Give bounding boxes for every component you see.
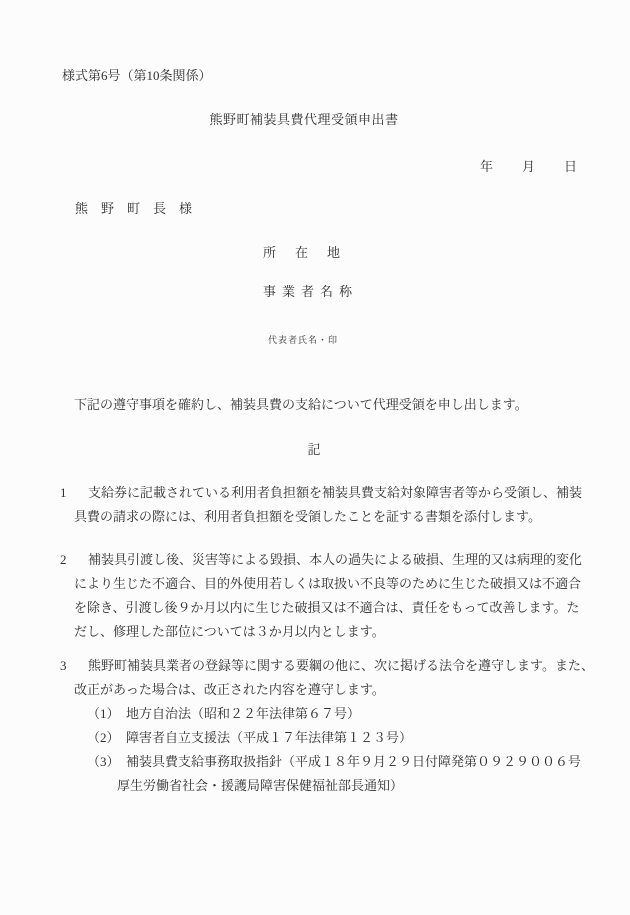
clause-3-number: 3 <box>60 654 67 678</box>
clause-item-1: 1 支給券に記載されている利用者負担額を補装具費支給対象障害者等から受領し、補装… <box>60 481 578 529</box>
clause-3-subitem-1: （1） 地方自治法（昭和２２年法律第６７号） <box>87 702 578 726</box>
clause-3-body: 熊野町補装具業者の登録等に関する要綱の他に、次に掲げる法令を遵守します。また、 … <box>74 654 578 798</box>
clause-2-line-4: だし、修理した部位については３か月以内とします。 <box>74 620 578 644</box>
clause-2-line-3: を除き、引渡し後９か月以内に生じた破損又は不適合は、責任をもって改善します。た <box>74 596 578 620</box>
clause-1-number: 1 <box>60 481 67 505</box>
clause-3-subitem-3: （3） 補装具費支給事務取扱指針（平成１８年９月２９日付障発第０９２９００６号 <box>87 750 578 774</box>
declaration-text: 下記の遵守事項を確約し、補装具費の支給について代理受領を申し出します。 <box>74 393 578 417</box>
clause-1-line-1: 支給券に記載されている利用者負担額を補装具費支給対象障害者等から受領し、補装 <box>74 481 578 505</box>
clause-3-line-1: 熊野町補装具業者の登録等に関する要綱の他に、次に掲げる法令を遵守します。また、 <box>74 654 578 678</box>
record-marker: 記 <box>60 438 568 462</box>
clause-3-subitem-3-continuation: 厚生労働省社会・援護局障害保健福祉部長通知） <box>117 774 578 798</box>
clause-item-2: 2 補装具引渡し後、災害等による毀損、本人の過失による破損、生理的又は病理的変化… <box>60 548 578 644</box>
applicant-representative-seal-label: 代表者氏名・印 <box>268 328 578 352</box>
document-page: 様式第6号（第10条関係） 熊野町補装具費代理受領申出書 年 月 日 熊 野 町… <box>0 0 630 915</box>
clause-2-line-2: により生じた不適合、目的外使用若しくは取扱い不良等のために生じた破損又は不適合 <box>74 572 578 596</box>
form-number: 様式第6号（第10条関係） <box>62 64 578 88</box>
clause-2-body: 補装具引渡し後、災害等による毀損、本人の過失による破損、生理的又は病理的変化 に… <box>74 548 578 644</box>
applicant-business-name-label: 事業者名称 <box>263 280 578 304</box>
clause-1-line-2: 具費の請求の際には、利用者負担額を受領したことを証する書類を添付します。 <box>74 505 578 529</box>
clause-3-line-2: 改正があった場合は、改正された内容を遵守します。 <box>74 678 578 702</box>
document-title: 熊野町補装具費代理受領申出書 <box>60 108 548 132</box>
clause-1-body: 支給券に記載されている利用者負担額を補装具費支給対象障害者等から受領し、補装 具… <box>74 481 578 529</box>
clause-2-line-1: 補装具引渡し後、災害等による毀損、本人の過失による破損、生理的又は病理的変化 <box>74 548 578 572</box>
applicant-location-label: 所 在 地 <box>263 241 578 265</box>
date-line: 年 月 日 <box>60 155 578 179</box>
clause-2-number: 2 <box>60 548 67 572</box>
clause-item-3: 3 熊野町補装具業者の登録等に関する要綱の他に、次に掲げる法令を遵守します。また… <box>60 654 578 798</box>
addressee-mayor: 熊 野 町 長 様 <box>75 197 578 221</box>
clause-3-subitem-2: （2） 障害者自立支援法（平成１７年法律第１２３号） <box>87 726 578 750</box>
